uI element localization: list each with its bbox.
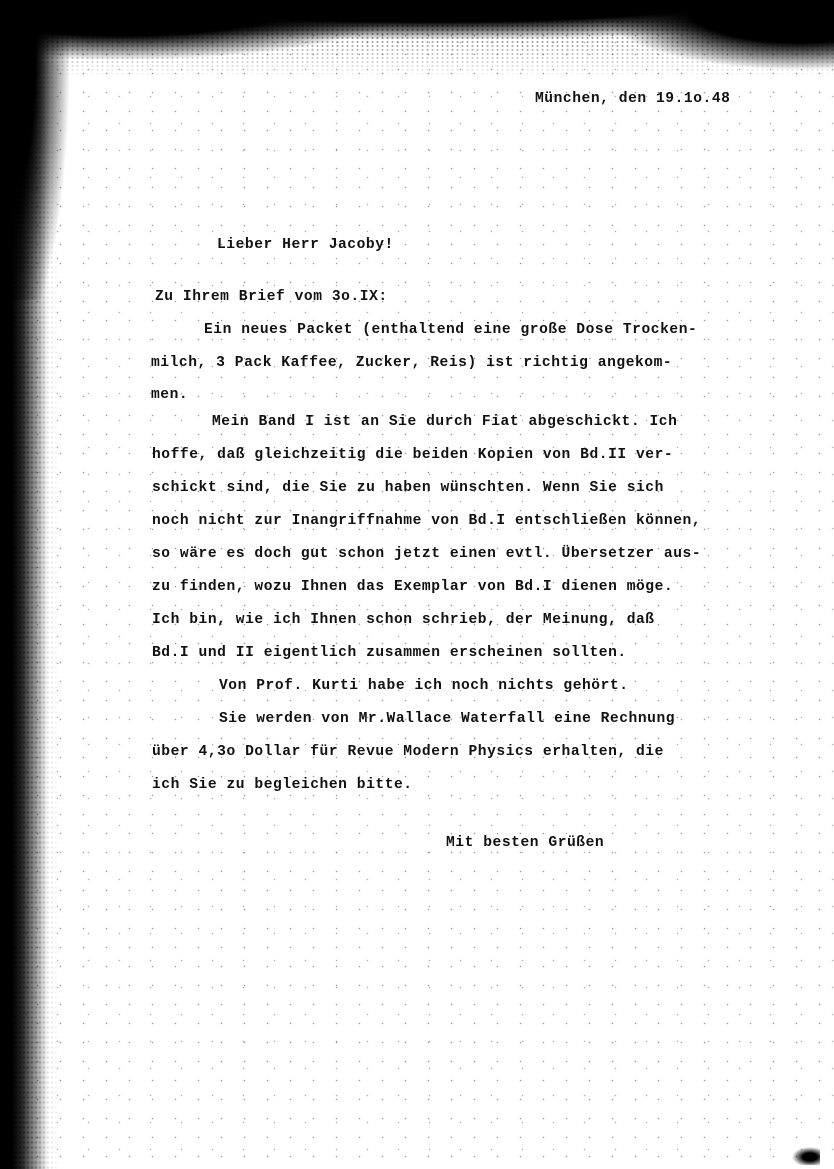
closing: Mit besten Grüßen (446, 834, 604, 852)
body-line: Sie werden von Mr.Wallace Waterfall eine… (219, 710, 675, 728)
body-line: schickt sind, die Sie zu haben wünschten… (152, 479, 664, 497)
body-line: Ein neues Packet (enthaltend eine große … (204, 321, 697, 339)
body-line: hoffe, daß gleichzeitig die beiden Kopie… (152, 446, 673, 464)
reference-line: Zu Ihrem Brief vom 3o.IX: (155, 288, 388, 306)
body-line: noch nicht zur Inangriffnahme von Bd.I e… (152, 512, 701, 530)
body-line: so wäre es doch gut schon jetzt einen ev… (152, 545, 701, 563)
body-line: Bd.I und II eigentlich zusammen erschein… (152, 644, 627, 662)
scan-speckle-left (10, 0, 60, 1169)
scanned-letter-page: München, den 19.1o.48 Lieber Herr Jacoby… (0, 0, 834, 1169)
body-line: milch, 3 Pack Kaffee, Zucker, Reis) ist … (151, 354, 672, 372)
body-line: Mein Band I ist an Sie durch Fiat abgesc… (212, 413, 677, 431)
body-line: Von Prof. Kurti habe ich noch nichts geh… (219, 677, 629, 695)
scan-speckle-top (0, 20, 834, 80)
scan-mark-bottom-right (790, 1145, 820, 1165)
body-line: men. (151, 386, 188, 404)
body-line: zu finden, wozu Ihnen das Exemplar von B… (152, 578, 673, 596)
body-line: Ich bin, wie ich Ihnen schon schrieb, de… (152, 611, 655, 629)
body-line: über 4,3o Dollar für Revue Modern Physic… (152, 743, 664, 761)
salutation: Lieber Herr Jacoby! (217, 236, 394, 254)
place-date: München, den 19.1o.48 (535, 90, 730, 108)
body-line: ich Sie zu begleichen bitte. (152, 776, 413, 794)
